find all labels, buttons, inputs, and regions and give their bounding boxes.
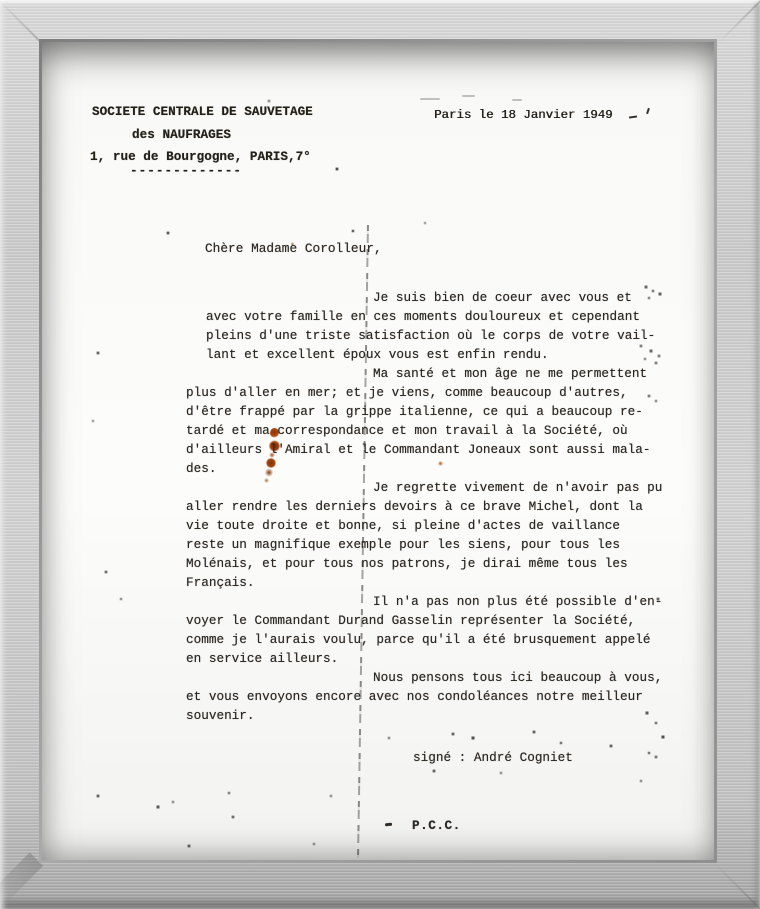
frame-miter-top-right bbox=[718, 0, 760, 43]
letter-line: souvenir. bbox=[42, 706, 714, 725]
letter-line: reste un magnifique exemple pour les sie… bbox=[42, 535, 714, 554]
letter-line: comme je l'aurais voulu, parce qu'il a é… bbox=[42, 630, 714, 649]
pen-tick-after-date bbox=[646, 108, 650, 114]
pen-dash-after-date bbox=[629, 115, 637, 118]
salutation: Chère Madame Corolleur, bbox=[205, 241, 382, 256]
frame-bevel: SOCIETE CENTRALE DE SAUVETAGE des NAUFRA… bbox=[39, 39, 717, 863]
letter-body: Je suis bien de coeur avec vous etavec v… bbox=[42, 288, 714, 725]
letter-line: Nous pensons tous ici beaucoup à vous, bbox=[42, 668, 714, 687]
letter-line: et vous envoyons encore avec nos condolé… bbox=[42, 687, 714, 706]
letter-line: des. bbox=[42, 459, 714, 478]
letter-line: Français. bbox=[42, 573, 714, 592]
letter-line: Je suis bien de coeur avec vous et bbox=[42, 288, 714, 307]
letterhead-address: 1, rue de Bourgogne, PARIS,7° bbox=[90, 149, 311, 164]
letter-document: SOCIETE CENTRALE DE SAUVETAGE des NAUFRA… bbox=[42, 42, 714, 860]
letter-line: Ma santé et mon âge ne me permettent bbox=[42, 364, 714, 383]
letter-line: d'être frappé par la grippe italienne, c… bbox=[42, 402, 714, 421]
frame-miter-bottom-left bbox=[0, 852, 43, 909]
letter-line: vie toute droite et bonne, si pleine d'a… bbox=[42, 516, 714, 535]
certification-pcc: P.C.C. bbox=[412, 818, 461, 833]
letter-line: Je regrette vivement de n'avoir pas pu bbox=[42, 478, 714, 497]
letter-line: avec votre famille en ces moments doulou… bbox=[42, 307, 714, 326]
signature-line: signé : André Cogniet bbox=[413, 750, 573, 765]
letter-line: d'ailleurs l'Amiral et le Commandant Jon… bbox=[42, 440, 714, 459]
letter-line: tardé et ma correspondance et mon travai… bbox=[42, 421, 714, 440]
letter-line: Il n'a pas non plus été possible d'en- bbox=[42, 592, 714, 611]
letter-line: lant et excellent époux vous est enfin r… bbox=[42, 345, 714, 364]
dateline: Paris le 18 Janvier 1949 bbox=[434, 108, 612, 123]
letter-line: voyer le Commandant Durand Gasselin repr… bbox=[42, 611, 714, 630]
letterhead-organization: SOCIETE CENTRALE DE SAUVETAGE bbox=[92, 104, 313, 119]
frame-miter-top-left bbox=[0, 0, 42, 43]
frame-miter-bottom-right bbox=[713, 861, 760, 909]
smudge-above-date bbox=[512, 99, 522, 101]
letterhead-organization-line2: des NAUFRAGES bbox=[132, 127, 231, 142]
letter-line: en service ailleurs. bbox=[42, 649, 714, 668]
letter-line: Molénais, et pour tous nos patrons, je d… bbox=[42, 554, 714, 573]
letter-line: plus d'aller en mer; et je viens, comme … bbox=[42, 383, 714, 402]
pen-dash-near-pcc bbox=[385, 823, 392, 826]
letterhead-divider: ------------- bbox=[130, 163, 242, 178]
ink-specks bbox=[42, 42, 44, 44]
letter-line: aller rendre les derniers devoirs à ce b… bbox=[42, 497, 714, 516]
letter-line: pleins d'une triste satisfaction où le c… bbox=[42, 326, 714, 345]
smudge-above-date bbox=[462, 95, 475, 97]
smudge-above-date bbox=[420, 98, 440, 100]
metal-frame: SOCIETE CENTRALE DE SAUVETAGE des NAUFRA… bbox=[0, 0, 760, 909]
